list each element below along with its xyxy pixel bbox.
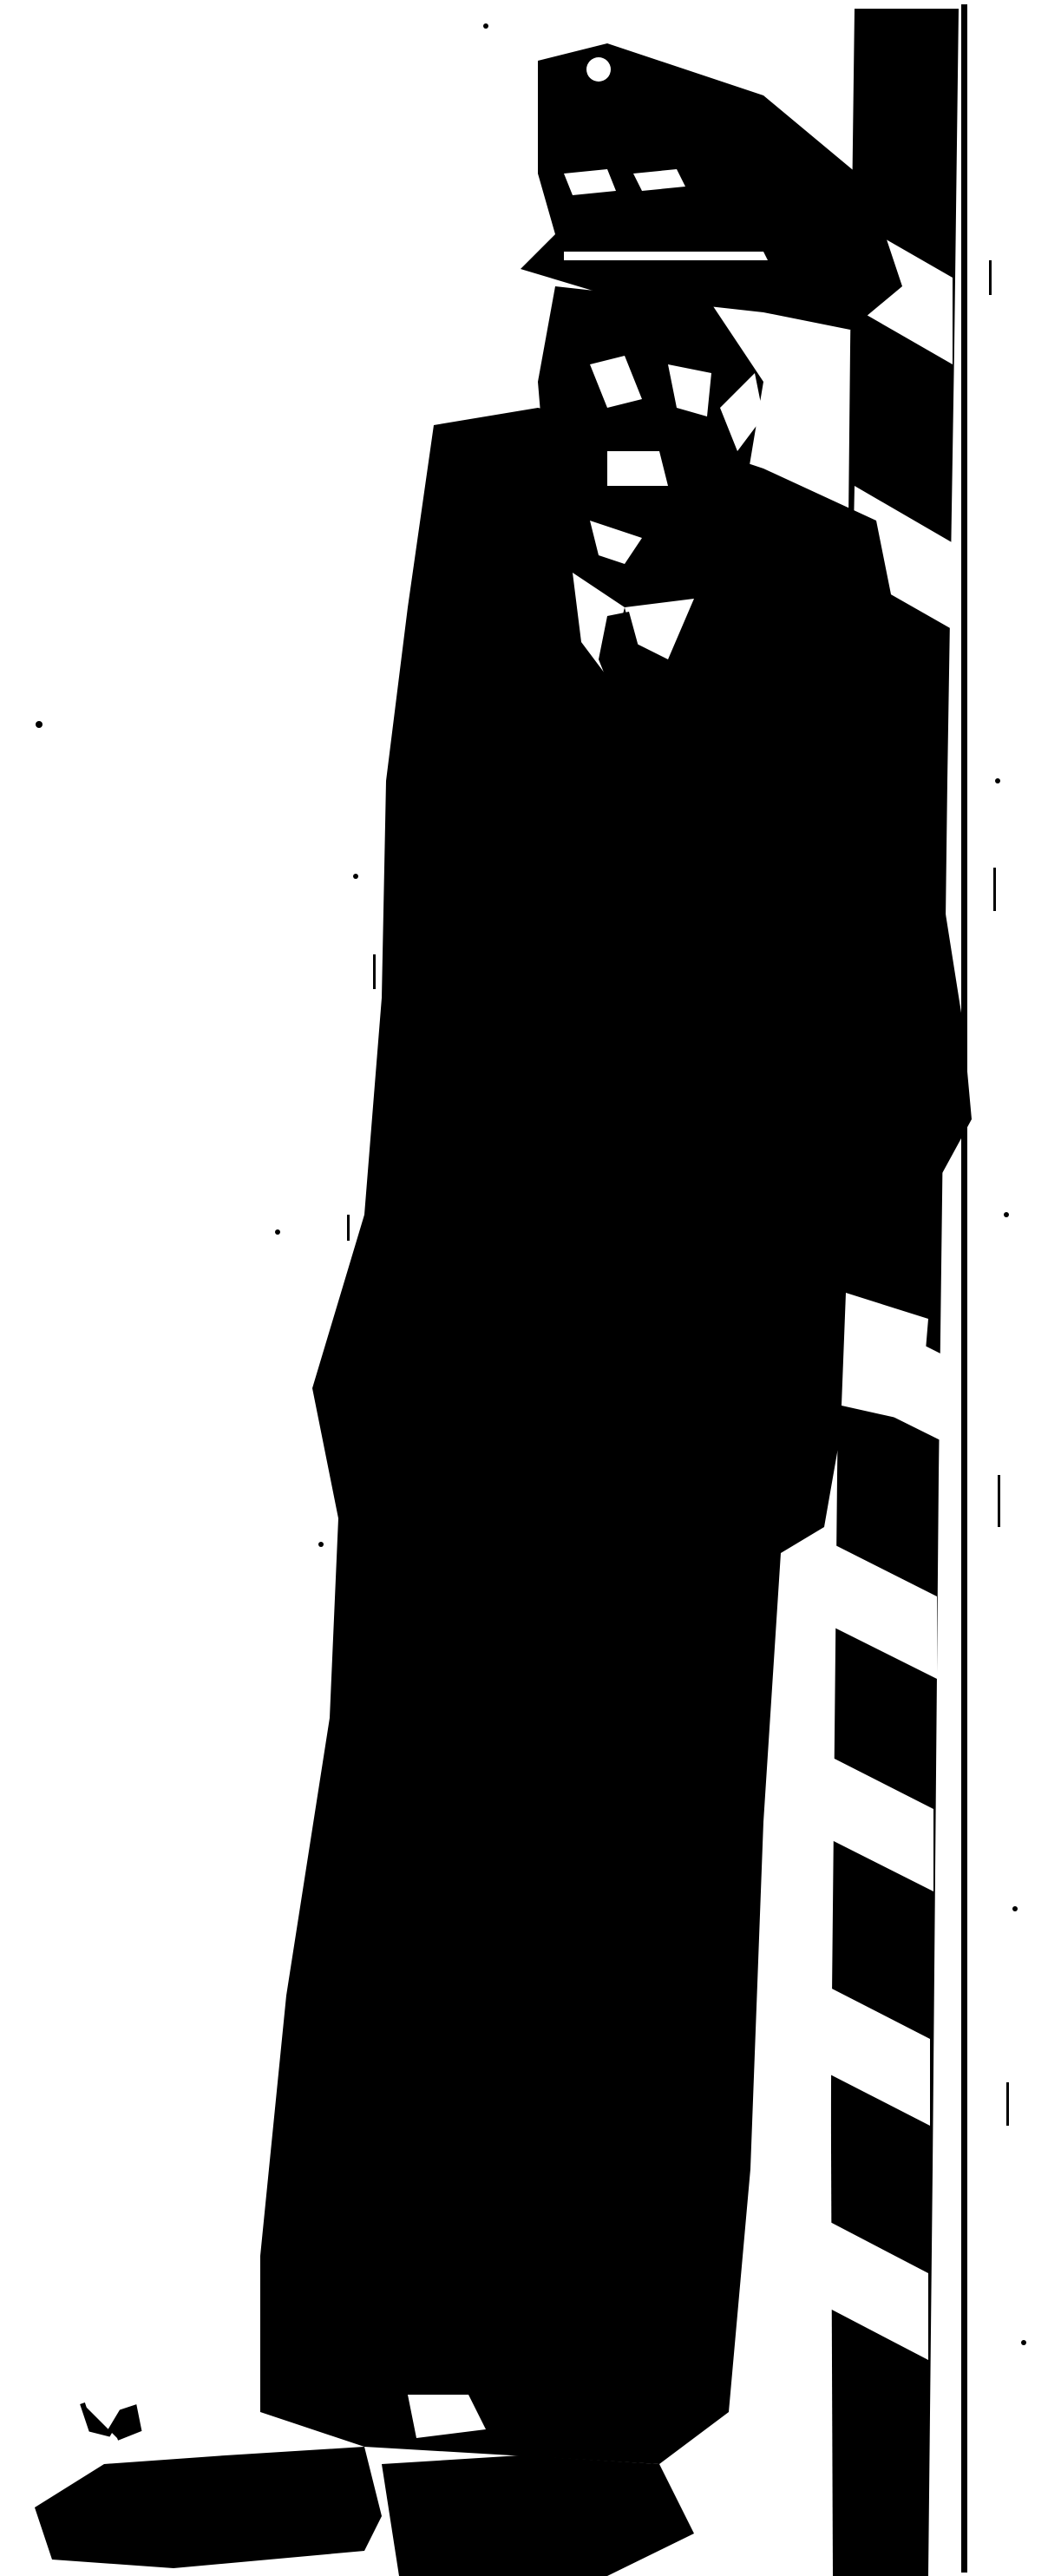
woodcut-illustration bbox=[0, 0, 1061, 2576]
